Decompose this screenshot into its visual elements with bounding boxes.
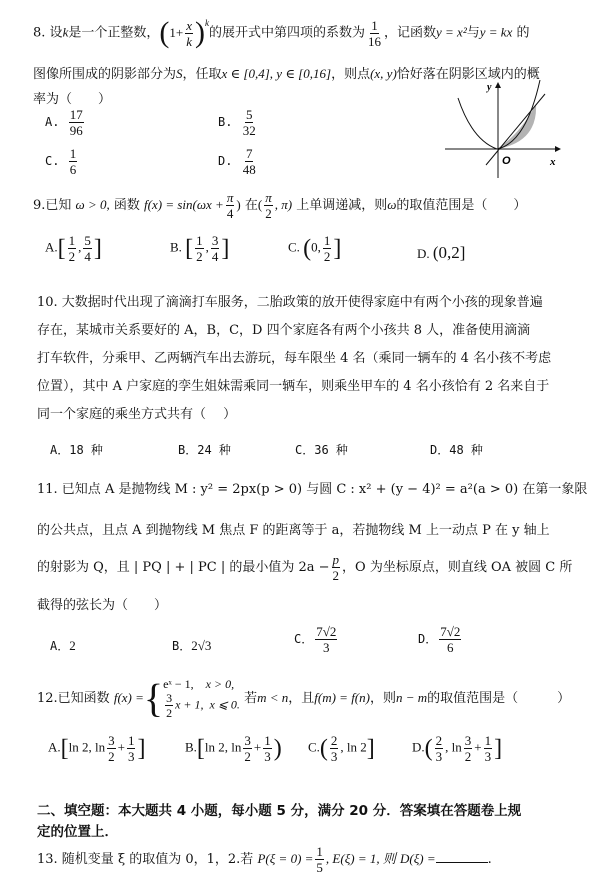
section-heading-line2: 定的位置上． bbox=[37, 820, 118, 840]
q10-line1: 10. 大数据时代出现了滴滴打车服务，二胎政策的放开使得家庭中有两个小孩的现象普… bbox=[37, 291, 543, 310]
q10-option-b[interactable]: B．24 种 bbox=[178, 441, 231, 458]
q12-stem: 12.已知函数 f(x) ={ eˣ − 1, x > 0, 32x + 1, … bbox=[37, 678, 570, 719]
q8-option-d[interactable]: D. 748 bbox=[218, 147, 259, 176]
coef-fraction: 116 bbox=[367, 19, 382, 48]
x-label: x bbox=[549, 156, 556, 168]
x-arrow-icon bbox=[555, 146, 561, 152]
q10-line3: 打车软件，分乘甲、乙两辆汽车出去游玩，每车限坐 4 名（乘同一辆车的 4 名小孩… bbox=[37, 347, 551, 366]
answer-blank[interactable] bbox=[436, 850, 488, 863]
q8-option-a[interactable]: A. 1796 bbox=[45, 108, 86, 137]
q11-line1: 11. 已知点 A 是抛物线 M : y² = 2px(p > 0) 与圆 C … bbox=[37, 478, 587, 497]
q13-stem: 13. 随机变量 ξ 的取值为 0，1，2.若 P(ξ = 0) =15, E(… bbox=[37, 845, 492, 874]
binomial-expr: (1+xk)k bbox=[159, 18, 209, 48]
y-label: y bbox=[486, 82, 492, 93]
text: 是一个正整数， bbox=[68, 26, 159, 41]
section-heading-line1: 二、填空题：本大题共 4 小题，每小题 5 分，满分 20 分．答案填在答题卷上… bbox=[37, 799, 521, 819]
q12-option-d[interactable]: D.(23, ln32+13] bbox=[412, 734, 502, 763]
q9-option-d[interactable]: D. (0,2] bbox=[417, 243, 465, 263]
shaded-region bbox=[497, 104, 536, 149]
y-arrow-icon bbox=[495, 82, 501, 88]
q11-line4: 截得的弦长为（ ） bbox=[37, 594, 167, 613]
q11-option-c[interactable]: C．7√23 bbox=[294, 625, 339, 654]
q10-option-c[interactable]: C．36 种 bbox=[295, 441, 348, 458]
origin-label: O bbox=[502, 155, 511, 167]
q12-option-a[interactable]: A.[ln 2, ln32+13] bbox=[48, 734, 145, 763]
q12-option-c[interactable]: C.(23, ln 2] bbox=[308, 734, 375, 763]
q9-option-a[interactable]: A.[12,54] bbox=[45, 234, 102, 263]
q10-line2: 存在，某城市关系要好的 A，B，C，D 四个家庭各有两个小孩共 8 人，准备使用… bbox=[37, 319, 530, 338]
func-line: y = kx bbox=[480, 25, 513, 40]
q11-option-a[interactable]: A．2 bbox=[50, 637, 76, 654]
q10-option-a[interactable]: A．18 种 bbox=[50, 441, 103, 458]
q11-option-b[interactable]: B．2√3 bbox=[172, 637, 211, 654]
q8-option-b[interactable]: B. 532 bbox=[218, 108, 259, 137]
q9-stem: 9.已知 ω > 0, 函数 f(x) = sin(ωx +π4) 在(π2, … bbox=[33, 191, 526, 220]
q9-option-c[interactable]: C. (0,12] bbox=[288, 234, 341, 263]
q10-line4: 位置），其中 A 户家庭的孪生姐妹需乘同一辆车，则乘坐甲车的 4 名小孩恰有 2… bbox=[37, 375, 549, 394]
q8-option-c[interactable]: C. 16 bbox=[45, 147, 79, 176]
q11-line3: 的射影为 Q，且 | PQ | + | PC | 的最小值为 2a −p2，O … bbox=[37, 553, 572, 582]
question-number: 8. bbox=[33, 26, 45, 41]
line-y-kx bbox=[486, 94, 545, 165]
q10-line5: 同一个家庭的乘坐方式共有（ ） bbox=[37, 403, 236, 422]
q11-option-d[interactable]: D．7√26 bbox=[418, 625, 463, 654]
q11-line2: 的公共点，且点 A 到抛物线 M 焦点 F 的距离等于 a，若抛物线 M 上一动… bbox=[37, 519, 550, 538]
text: 设 bbox=[50, 26, 63, 41]
q8-line1: 8. 设k是一个正整数，(1+xk)k的展开式中第四项的系数为116，记函数y … bbox=[33, 18, 530, 48]
range: x ∈ [0,4], y ∈ [0,16] bbox=[222, 66, 332, 81]
func-parabola: y = x² bbox=[436, 25, 467, 40]
parabola-line-figure: y x O bbox=[440, 80, 615, 185]
q9-option-b[interactable]: B. [12,34] bbox=[170, 234, 229, 263]
q10-option-d[interactable]: D．48 种 bbox=[430, 441, 483, 458]
text: 的展开式中第四项的系数为 bbox=[209, 26, 365, 41]
piecewise-cases: eˣ − 1, x > 0, 32x + 1, x ⩽ 0. bbox=[163, 678, 240, 719]
q8-line3: 率为（ ） bbox=[33, 88, 111, 107]
q12-option-b[interactable]: B.[ln 2, ln32+13) bbox=[185, 734, 282, 763]
